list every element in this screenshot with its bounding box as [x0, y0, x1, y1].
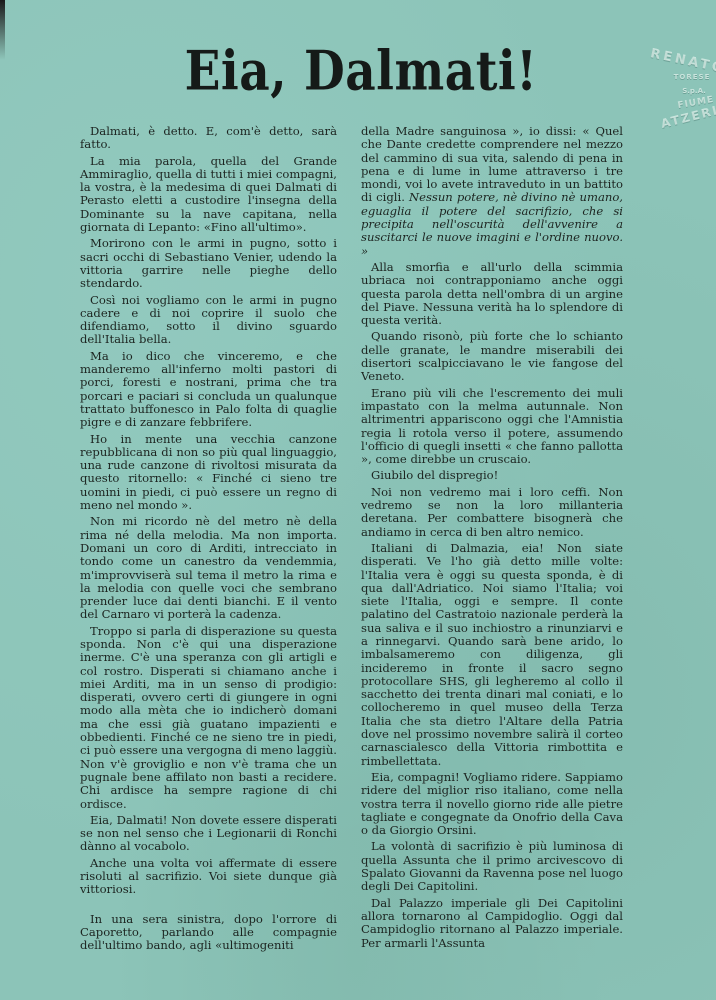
paragraph: Morirono con le armi in pugno, sotto i s…	[80, 237, 337, 290]
paragraph: della Madre sanguinosa », io dissi: « Qu…	[361, 125, 623, 258]
paragraph: Dalmati, è detto. E, com'è detto, sarà f…	[80, 125, 337, 152]
paragraph: Noi non vedremo mai i loro ceffi. Non ve…	[361, 486, 623, 539]
paragraph: La volontà di sacrifizio è più luminosa …	[361, 840, 623, 893]
paragraph: Italiani di Dalmazia, eia! Non siate dis…	[361, 542, 623, 768]
paragraph: Troppo si parla di disperazione su quest…	[80, 625, 337, 811]
paragraph: In una sera sinistra, dopo l'orrore di C…	[80, 913, 337, 953]
paragraph: Dal Palazzo imperiale gli Dei Capitolini…	[361, 897, 623, 950]
paragraph: Erano più vili che l'escremento dei muli…	[361, 387, 623, 467]
paragraph: Eia, Dalmati! Non dovete essere disperat…	[80, 814, 337, 854]
paragraph: Alla smorfia e all'urlo della scimmia ub…	[361, 261, 623, 327]
embossed-stamp: RENATO TORESE S.p.A. FIUME ATZERI	[646, 48, 716, 132]
left-column: Dalmati, è detto. E, com'è detto, sarà f…	[80, 125, 337, 956]
stamp-text-2: TORESE	[650, 72, 716, 83]
paragraph: Così noi vogliamo con le armi in pugno c…	[80, 294, 337, 347]
paragraph: Quando risonò, più forte che lo schianto…	[361, 330, 623, 383]
paragraph: Giubilo del dispregio!	[361, 469, 623, 482]
paragraph: Anche una volta voi affermate di essere …	[80, 857, 337, 897]
right-column: della Madre sanguinosa », io dissi: « Qu…	[361, 125, 623, 953]
paragraph: Eia, compagni! Vogliamo ridere. Sappiamo…	[361, 771, 623, 837]
paragraph: Non mi ricordo nè del metro nè della rim…	[80, 515, 337, 621]
page-title: Eia, Dalmati!	[0, 40, 716, 103]
paragraph: La mia parola, quella del Grande Ammirag…	[80, 155, 337, 235]
paragraph: Ho in mente una vecchia canzone repubbli…	[80, 433, 337, 513]
paragraph: Ma io dico che vinceremo, e che manderem…	[80, 350, 337, 430]
